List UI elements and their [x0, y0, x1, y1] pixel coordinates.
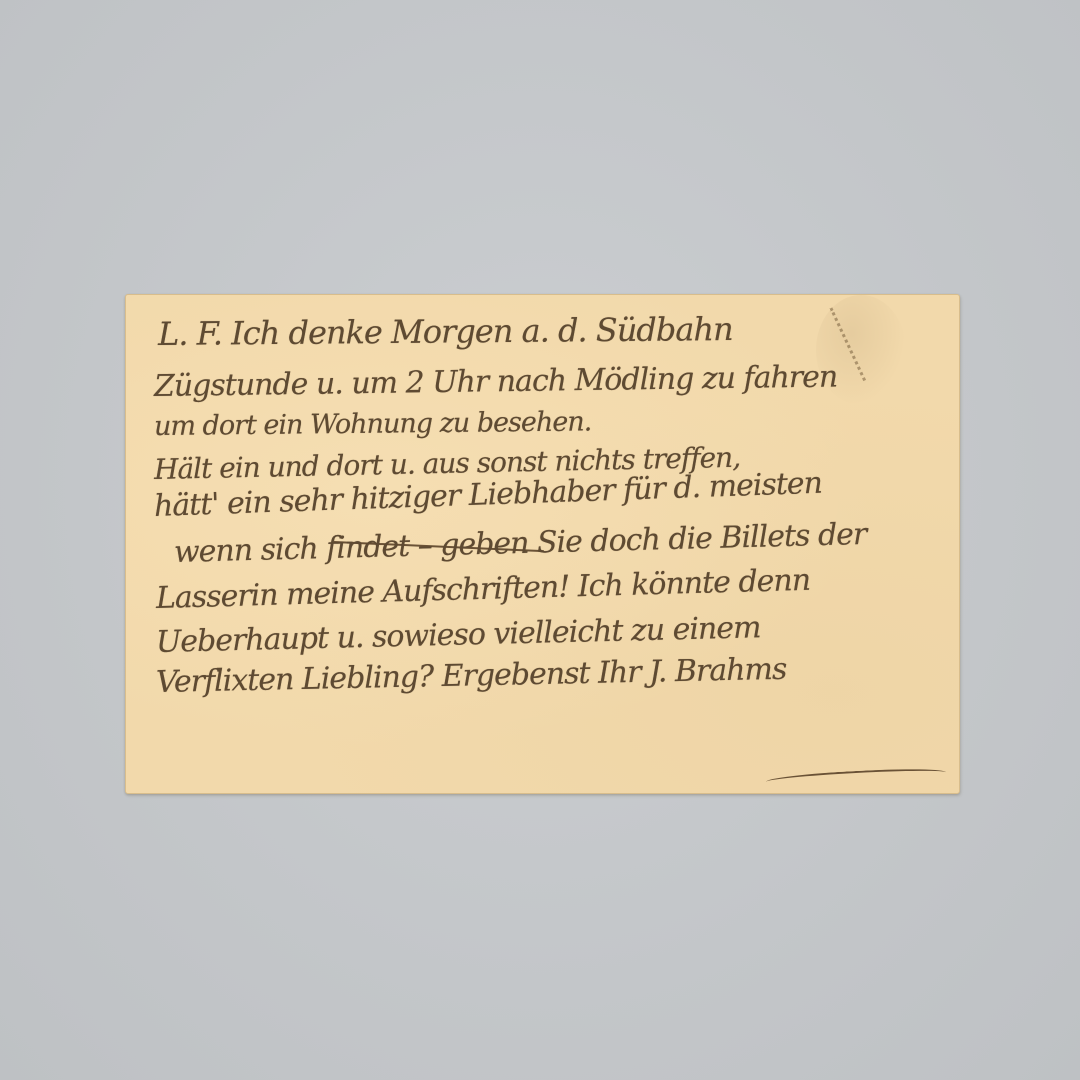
handwritten-line-6: wenn sich findet – geben Sie doch die Bi… — [174, 517, 867, 570]
handwritten-line-9: Verflixten Liebling? Ergebenst Ihr J. Br… — [156, 652, 787, 700]
handwritten-line-8: Ueberhaupt u. sowieso vielleicht zu eine… — [156, 610, 761, 660]
signature-flourish — [766, 766, 946, 787]
handwritten-line-1: L. F. Ich denke Morgen a. d. Südbahn — [158, 310, 733, 353]
handwritten-line-2: Zügstunde u. um 2 Uhr nach Mödling zu fa… — [154, 359, 838, 404]
postcard: L. F. Ich denke Morgen a. d. Südbahn Züg… — [125, 294, 960, 794]
handwritten-line-7: Lasserin meine Aufschriften! Ich könnte … — [156, 563, 811, 616]
handwritten-line-3: um dort ein Wohnung zu besehen. — [154, 406, 592, 442]
